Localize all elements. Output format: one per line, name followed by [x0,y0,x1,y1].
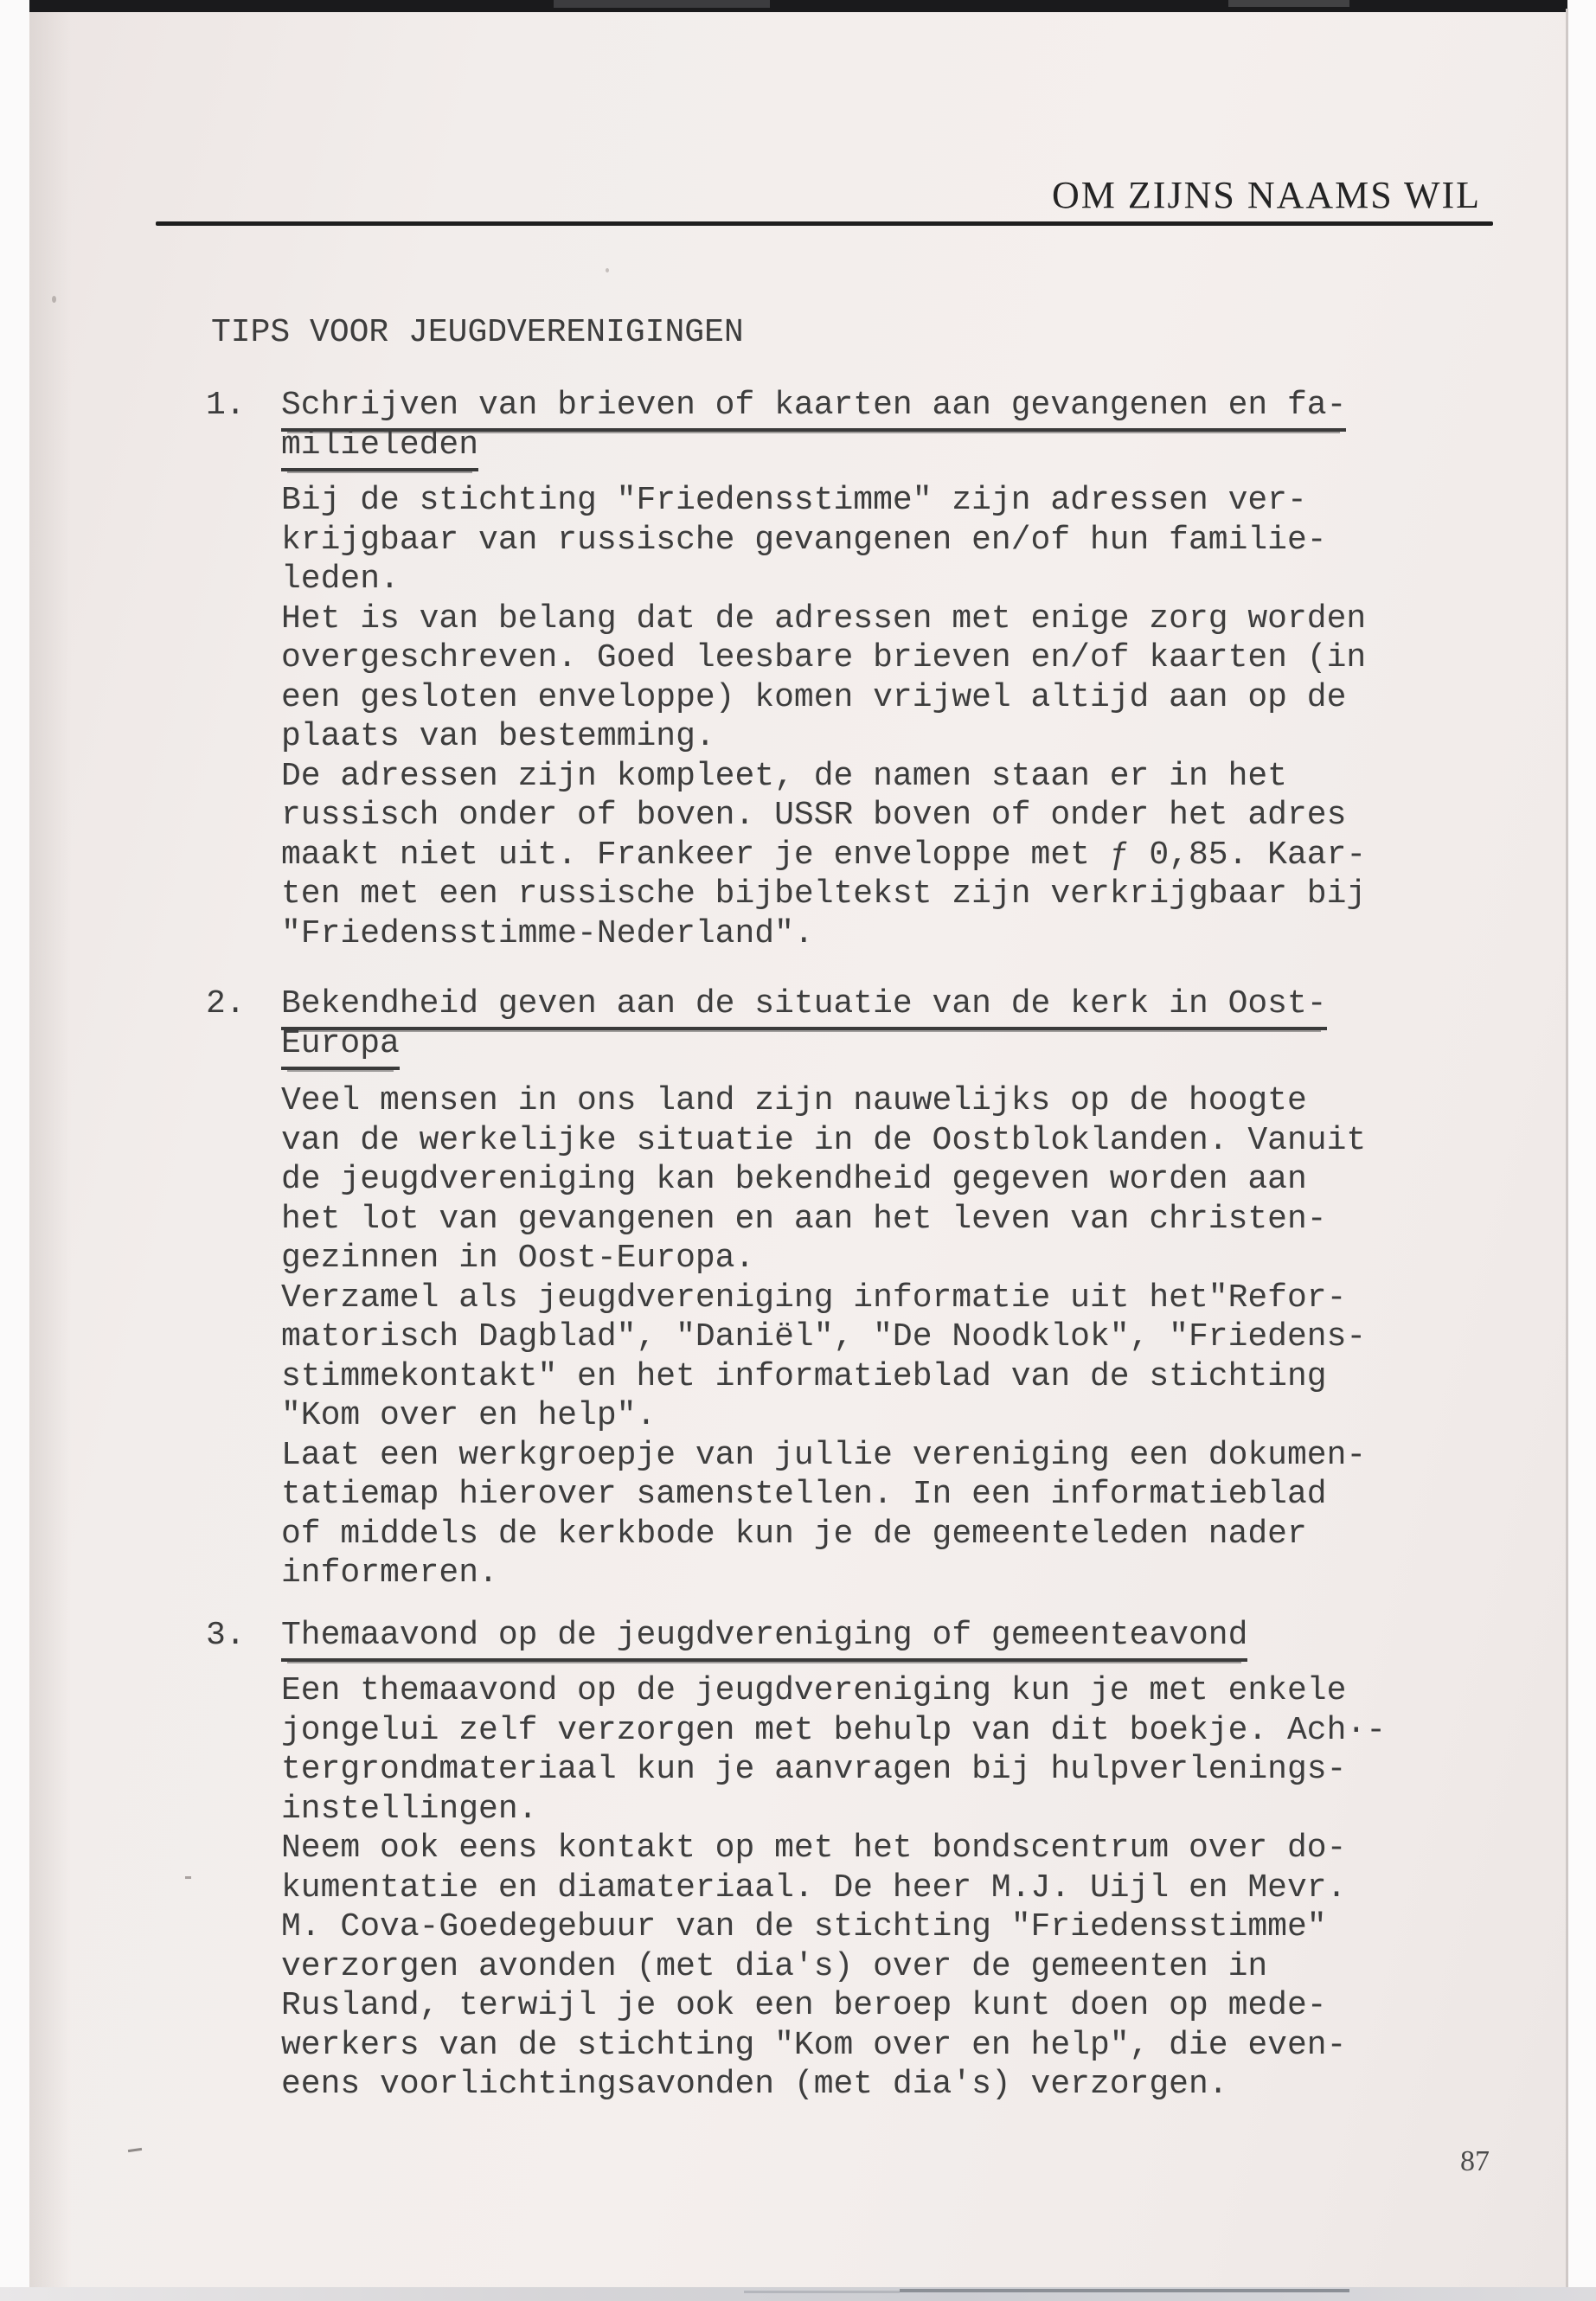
section-3-heading-line-1: Themaavond op de jeugdvereniging of geme… [281,1616,1247,1662]
section-1-heading-line-1: Schrijven van brieven of kaarten aan gev… [281,386,1346,432]
scan-bottom-edge-shadow [744,2291,900,2293]
scan-bottom-edge-shadow [900,2289,1349,2292]
running-head: OM ZIJNS NAAMS WIL [1052,176,1481,215]
scan-speck [185,1876,191,1879]
scan-right-margin [1568,0,1596,2301]
scan-speck [52,296,56,303]
section-2-paragraph: Veel mensen in ons land zijn nauwelijks … [281,1081,1440,1593]
underlined-text: milieleden [281,426,478,471]
header-rule [156,221,1493,226]
section-2-number: 2. [206,984,246,1024]
section-2-heading-line-2: Europa [281,1024,400,1070]
underlined-text: Bekendheid geven aan de situatie van de … [281,984,1327,1030]
section-2-heading-line-1: Bekendheid geven aan de situatie van de … [281,984,1327,1030]
page-title: TIPS VOOR JEUGDVERENIGINGEN [211,313,744,353]
section-1-number: 1. [206,386,246,426]
scan-top-edge-highlight [554,0,770,8]
scan-speck [606,268,609,272]
underlined-text: Europa [281,1024,400,1070]
underlined-text: Themaavond op de jeugdvereniging of geme… [281,1616,1247,1662]
page-left-edge-shadow [29,0,71,2301]
section-3-paragraph: Een themaavond op de jeugdvereniging kun… [281,1671,1440,2105]
page-right-edge [1566,9,1568,2292]
scan-top-edge-highlight [1228,0,1349,7]
scan-bottom-edge-band [0,2287,1596,2301]
section-1-paragraph: Bij de stichting "Friedensstimme" zijn a… [281,481,1440,953]
section-1-heading-line-2: milieleden [281,426,478,471]
section-3-number: 3. [206,1616,246,1656]
underlined-text: Schrijven van brieven of kaarten aan gev… [281,386,1346,432]
scanned-book-page: OM ZIJNS NAAMS WIL TIPS VOOR JEUGDVERENI… [0,0,1596,2301]
page-number: 87 [1460,2145,1490,2178]
